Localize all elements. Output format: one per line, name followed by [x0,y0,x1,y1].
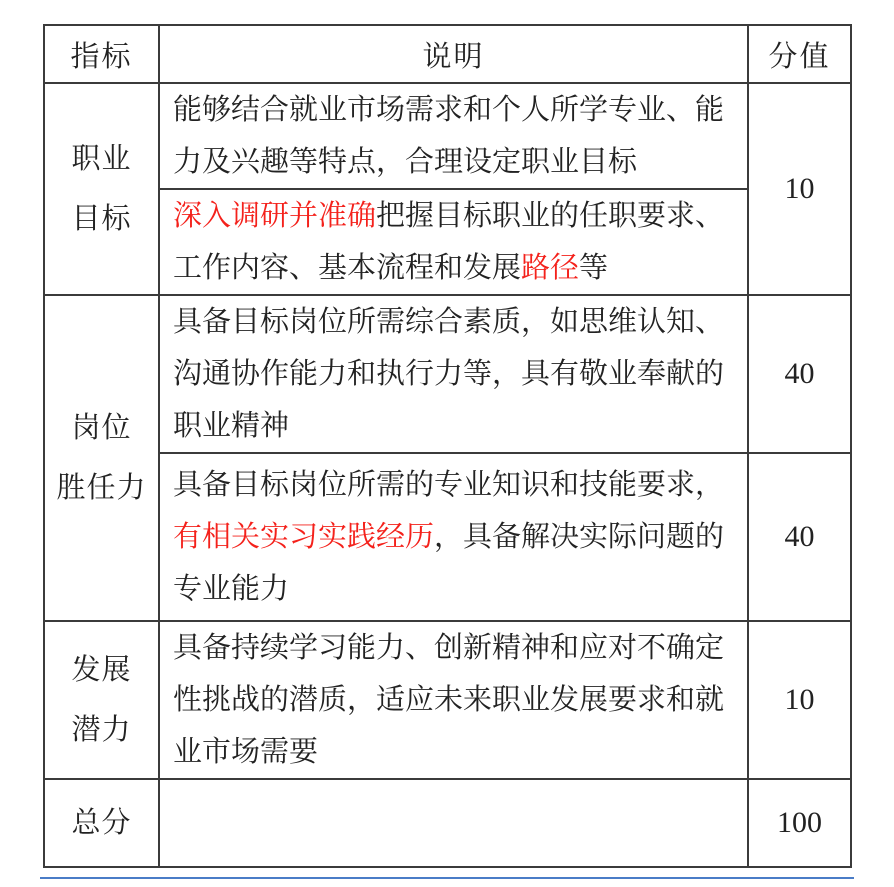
indicator-total-score: 总分 [44,779,159,867]
score-total: 100 [748,779,851,867]
table-row: 具备目标岗位所需的专业知识和技能要求， 有相关实习实践经历，具备解决实际问题的 … [44,453,851,621]
table-row: 深入调研并准确把握目标职业的任职要求、 工作内容、基本流程和发展路径等 [44,189,851,295]
header-indicator: 指标 [44,25,159,83]
indicator-job-competency: 岗位 胜任力 [44,295,159,621]
body-text: 能够结合就业市场需求和个人所学专业、能 力及兴趣等特点，合理设定职业目标 [173,94,724,178]
body-text: 具备目标岗位所需综合素质，如思维认知、 沟通协作能力和执行力等，具有敬业奉献的 … [173,306,724,442]
desc-development-potential: 具备持续学习能力、创新精神和应对不确定 性挑战的潜质，适应未来职业发展要求和就 … [159,621,748,779]
score-job-competency-1: 40 [748,295,851,453]
indicator-development-potential: 发展 潜力 [44,621,159,779]
header-score: 分值 [748,25,851,83]
header-row: 指标 说明 分值 [44,25,851,83]
score-job-competency-2: 40 [748,453,851,621]
table-row: 岗位 胜任力 具备目标岗位所需综合素质，如思维认知、 沟通协作能力和执行力等，具… [44,295,851,453]
table-row: 职业 目标 能够结合就业市场需求和个人所学专业、能 力及兴趣等特点，合理设定职业… [44,83,851,189]
body-text: 具备持续学习能力、创新精神和应对不确定 性挑战的潜质，适应未来职业发展要求和就 … [173,632,724,768]
desc-career-goal-2: 深入调研并准确把握目标职业的任职要求、 工作内容、基本流程和发展路径等 [159,189,748,295]
bottom-blue-rule-line [40,877,854,879]
highlighted-red-text: 路径 [521,252,579,284]
desc-career-goal-1: 能够结合就业市场需求和个人所学专业、能 力及兴趣等特点，合理设定职业目标 [159,83,748,189]
highlighted-red-text: 深入调研并准确 [173,200,376,232]
highlighted-red-text: 有相关实习实践经历 [173,521,434,553]
desc-job-competency-2: 具备目标岗位所需的专业知识和技能要求， 有相关实习实践经历，具备解决实际问题的 … [159,453,748,621]
table-row: 总分 100 [44,779,851,867]
score-development-potential: 10 [748,621,851,779]
indicator-career-goal: 职业 目标 [44,83,159,295]
body-text: 具备目标岗位所需的专业知识和技能要求， [173,469,724,501]
desc-total-score-empty [159,779,748,867]
desc-job-competency-1: 具备目标岗位所需综合素质，如思维认知、 沟通协作能力和执行力等，具有敬业奉献的 … [159,295,748,453]
score-career-goal: 10 [748,83,851,295]
rubric-table: 指标 说明 分值 职业 目标 能够结合就业市场需求和个人所学专业、能 力及兴趣等… [43,24,852,868]
header-description: 说明 [159,25,748,83]
document-page: 指标 说明 分值 职业 目标 能够结合就业市场需求和个人所学专业、能 力及兴趣等… [0,0,894,887]
body-text: 等 [579,252,608,284]
table-row: 发展 潜力 具备持续学习能力、创新精神和应对不确定 性挑战的潜质，适应未来职业发… [44,621,851,779]
